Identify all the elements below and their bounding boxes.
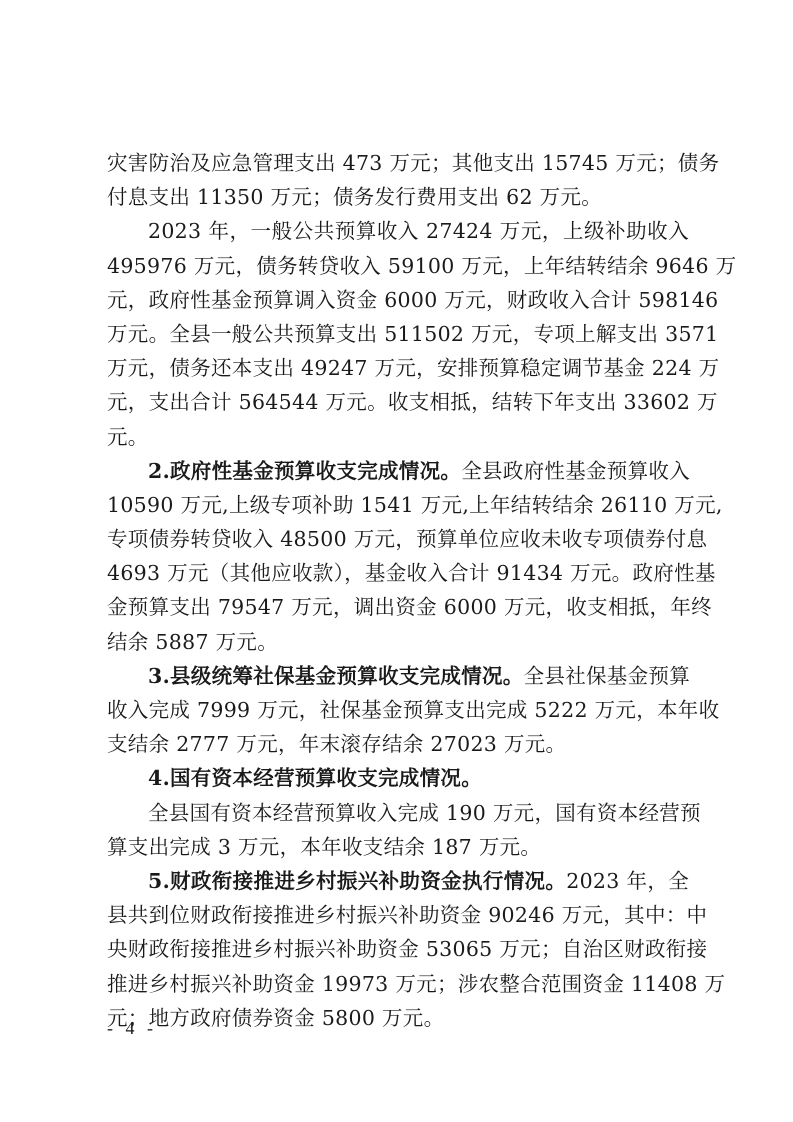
line-text: 万元，债务还本支出 49247 万元，安排预算稳定调节基金 224 万	[107, 356, 719, 380]
section-heading-line: 4.国有资本经营预算收支完成情况。	[107, 761, 689, 795]
text-line: 专项债券转贷收入 48500 万元，预算单位应收未收专项债券付息	[107, 522, 689, 556]
line-text: 金预算支出 79547 万元，调出资金 6000 万元，收支相抵，年终	[107, 595, 712, 619]
text-line: 灾害防治及应急管理支出 473 万元；其他支出 15745 万元；债务	[107, 146, 689, 180]
line-text: 付息支出 11350 万元；债务发行费用支出 62 万元。	[107, 185, 602, 209]
line-text: 结余 5887 万元。	[107, 630, 278, 654]
section-heading: 3.县级统筹社保基金预算收支完成情况。	[148, 664, 524, 688]
text-line: 元，支出合计 564544 万元。收支相抵，结转下年支出 33602 万	[107, 385, 689, 419]
line-text: 元；地方政府债券资金 5800 万元。	[107, 1006, 444, 1030]
text-line: 元。	[107, 420, 689, 454]
section-heading: 5.财政衔接推进乡村振兴补助资金执行情况。	[148, 869, 566, 893]
text-line: 495976 万元，债务转贷收入 59100 万元，上年结转结余 9646 万	[107, 249, 689, 283]
text-line: 推进乡村振兴补助资金 19973 万元；涉农整合范围资金 11408 万	[107, 967, 689, 1001]
text-line: 全县国有资本经营预算收入完成 190 万元，国有资本经营预	[107, 796, 689, 830]
line-text: 4693 万元（其他应收款），基金收入合计 91434 万元。政府性基	[107, 561, 716, 585]
document-body: 灾害防治及应急管理支出 473 万元；其他支出 15745 万元；债务付息支出 …	[107, 146, 689, 1035]
line-text: 元，支出合计 564544 万元。收支相抵，结转下年支出 33602 万	[107, 390, 718, 414]
text-line: 元；地方政府债券资金 5800 万元。	[107, 1001, 689, 1035]
section-heading: 4.国有资本经营预算收支完成情况。	[148, 766, 482, 790]
line-text: 万元。全县一般公共预算支出 511502 万元，专项上解支出 3571	[107, 322, 718, 346]
text-line: 10590 万元,上级专项补助 1541 万元,上年结转结余 26110 万元,	[107, 488, 689, 522]
page-number: - 4 -	[107, 1018, 157, 1039]
line-text: 县共到位财政衔接推进乡村振兴补助资金 90246 万元，其中：中	[107, 903, 707, 927]
text-line: 付息支出 11350 万元；债务发行费用支出 62 万元。	[107, 180, 689, 214]
line-text: 全县社保基金预算	[524, 664, 690, 688]
text-line: 万元。全县一般公共预算支出 511502 万元，专项上解支出 3571	[107, 317, 689, 351]
line-text: 2023 年，一般公共预算收入 27424 万元，上级补助收入	[148, 219, 689, 243]
text-line: 元，政府性基金预算调入资金 6000 万元，财政收入合计 598146	[107, 283, 689, 317]
line-text: 灾害防治及应急管理支出 473 万元；其他支出 15745 万元；债务	[107, 151, 719, 175]
text-line: 支结余 2777 万元，年末滚存结余 27023 万元。	[107, 727, 689, 761]
text-line: 算支出完成 3 万元，本年收支结余 187 万元。	[107, 830, 689, 864]
line-text: 10590 万元,上级专项补助 1541 万元,上年结转结余 26110 万元,	[107, 493, 723, 517]
section-heading-line: 2.政府性基金预算收支完成情况。全县政府性基金预算收入	[107, 454, 689, 488]
document-page: 灾害防治及应急管理支出 473 万元；其他支出 15745 万元；债务付息支出 …	[0, 0, 793, 1122]
line-text: 算支出完成 3 万元，本年收支结余 187 万元。	[107, 835, 541, 859]
line-text: 全县政府性基金预算收入	[461, 459, 690, 483]
text-line: 万元，债务还本支出 49247 万元，安排预算稳定调节基金 224 万	[107, 351, 689, 385]
section-heading-line: 3.县级统筹社保基金预算收支完成情况。全县社保基金预算	[107, 659, 689, 693]
line-text: 推进乡村振兴补助资金 19973 万元；涉农整合范围资金 11408 万	[107, 972, 725, 996]
section-heading: 2.政府性基金预算收支完成情况。	[148, 459, 461, 483]
line-text: 支结余 2777 万元，年末滚存结余 27023 万元。	[107, 732, 566, 756]
line-text: 央财政衔接推进乡村振兴补助资金 53065 万元；自治区财政衔接	[107, 937, 707, 961]
line-text: 全县国有资本经营预算收入完成 190 万元，国有资本经营预	[148, 801, 701, 825]
text-line: 4693 万元（其他应收款），基金收入合计 91434 万元。政府性基	[107, 556, 689, 590]
line-text: 2023 年，全	[566, 869, 689, 893]
text-line: 2023 年，一般公共预算收入 27424 万元，上级补助收入	[107, 214, 689, 248]
text-line: 结余 5887 万元。	[107, 625, 689, 659]
line-text: 专项债券转贷收入 48500 万元，预算单位应收未收专项债券付息	[107, 527, 707, 551]
line-text: 收入完成 7999 万元，社保基金预算支出完成 5222 万元，本年收	[107, 698, 719, 722]
text-line: 央财政衔接推进乡村振兴补助资金 53065 万元；自治区财政衔接	[107, 932, 689, 966]
text-line: 县共到位财政衔接推进乡村振兴补助资金 90246 万元，其中：中	[107, 898, 689, 932]
line-text: 元，政府性基金预算调入资金 6000 万元，财政收入合计 598146	[107, 288, 718, 312]
section-heading-line: 5.财政衔接推进乡村振兴补助资金执行情况。2023 年，全	[107, 864, 689, 898]
text-line: 收入完成 7999 万元，社保基金预算支出完成 5222 万元，本年收	[107, 693, 689, 727]
line-text: 495976 万元，债务转贷收入 59100 万元，上年结转结余 9646 万	[107, 254, 736, 278]
text-line: 金预算支出 79547 万元，调出资金 6000 万元，收支相抵，年终	[107, 590, 689, 624]
line-text: 元。	[107, 425, 149, 449]
